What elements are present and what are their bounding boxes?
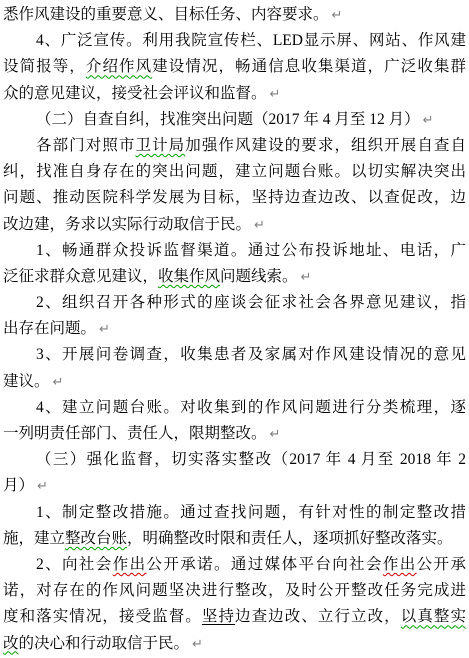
text-run: 2、组织召开各种形式的座谈会征求社会各界意见建议，指 [36, 294, 466, 311]
text-run-green-wavy-underline: 以真整实 [401, 608, 466, 625]
text-run: 度和落实情况，接受监督。 [3, 608, 202, 625]
paragraph-mark-icon: ↵ [329, 8, 343, 23]
text-line: 1、制定整改措施。通过查找问题，有针对性的制定整改措 [3, 500, 466, 526]
text-line: 施，建立整改台账，明确整改时限和责任人，逐项抓好整改落实。↵ [3, 526, 466, 552]
text-run-green-wavy-underline: 卫计局 [135, 137, 185, 154]
text-line: 一列明责任部门、责任人，限期整改。↵ [3, 421, 466, 447]
text-run: 建设情况，畅通信息收集渠道，广泛收集群 [152, 58, 466, 75]
text-run: 公开承 [417, 556, 466, 573]
text-line: 月）↵ [3, 473, 466, 499]
paragraph-mark-icon: ↵ [96, 322, 110, 337]
text-run: 4、广泛宣传。利用我院宣传栏、LED显示屏、网站、作风建 [36, 32, 466, 49]
text-line: 2、组织召开各种形式的座谈会征求社会各界意见建议，指 [3, 290, 466, 316]
text-run: 一列明责任部门、责任人，限期整改。 [3, 425, 267, 442]
text-run-red-wavy-underline: 作出 [383, 556, 417, 573]
text-line: 诺，对存在的作风问题坚决进行整改，及时公开整改任务完成进 [3, 578, 466, 604]
text-line: 问题、推动医院科学发展为目标，坚持边查边改、以查促改，边 [3, 185, 466, 211]
paragraph-mark-icon: ↵ [267, 87, 281, 102]
text-run: 泛征求群众意见建议， [3, 268, 158, 285]
text-line: 众的意见建议，接受社会评议和监督。↵ [3, 81, 466, 107]
text-run: 出存在问题。 [3, 320, 96, 337]
paragraph-mark-icon: ↵ [298, 270, 312, 285]
text-run-red-wavy-underline: 作出 [113, 556, 147, 573]
text-run: 公开承诺。通过媒体平台向社会 [146, 556, 382, 573]
paragraph-mark-icon: ↵ [251, 218, 265, 233]
text-run: 诺，对存在的作风问题坚决进行整改，及时公开整改任务完成进 [3, 582, 466, 599]
text-line: 改的决心和行动取信于民。↵ [3, 631, 466, 657]
text-run: 4、建立问题台账。对收集到的作风问题进行分类梳理，逐 [36, 399, 466, 416]
text-run: 月） [3, 477, 34, 494]
text-run: 2、向社会 [36, 556, 113, 573]
text-run: （三）强化监督，切实落实整改（2017 年 4 月至 2018 年 2 [36, 451, 466, 468]
text-line: 各部门对照市卫计局加强作风建设的要求，组织开展自查自 [3, 133, 466, 159]
text-run: 3、开展问卷调查，收集患者及家属对作风建设情况的意见 [36, 346, 466, 363]
paragraph-mark-icon: ↵ [267, 427, 281, 442]
text-line: 3、开展问卷调查，收集患者及家属对作风建设情况的意见 [3, 342, 466, 368]
paragraph-mark-icon: ↵ [189, 637, 203, 652]
paragraph-mark-icon: ↵ [420, 113, 434, 128]
text-run: 问题线索。 [220, 268, 298, 285]
text-line: 出存在问题。↵ [3, 316, 466, 342]
text-run-green-wavy-underline: 改 [3, 635, 19, 652]
text-line: 悉作风建设的重要意义、目标任务、内容要求。↵ [3, 2, 466, 28]
text-line: （三）强化监督，切实落实整改（2017 年 4 月至 2018 年 2 [3, 447, 466, 473]
text-run: 悉作风建设的重要意义、目标任务、内容要求。 [3, 6, 329, 23]
text-run: 建议。 [3, 373, 50, 390]
text-run: 边查边改、立行立改， [235, 608, 401, 625]
text-run-green-wavy-underline: 收集作风 [158, 268, 220, 285]
text-line: （二）自查自纠，找准突出问题（2017 年 4 月至 12 月）↵ [3, 107, 466, 133]
text-line: 4、建立问题台账。对收集到的作风问题进行分类梳理，逐 [3, 395, 466, 421]
text-run-solid-underline: 坚持 [202, 608, 235, 625]
text-run: 1、畅通群众投诉监督渠道。通过公布投诉地址、电话，广 [36, 242, 466, 259]
text-line: 2、向社会作出公开承诺。通过媒体平台向社会作出公开承 [3, 552, 466, 578]
text-run: 纠，找准自身存在的突出问题，建立问题台账。以切实解决突出 [3, 163, 466, 180]
paragraph-mark-icon: ↵ [50, 375, 64, 390]
text-run: 众的意见建议，接受社会评议和监督。 [3, 85, 267, 102]
text-run: （二）自查自纠，找准突出问题（2017 年 4 月至 12 月） [36, 111, 420, 128]
text-line: 建议。↵ [3, 369, 466, 395]
text-run: ，明确整改时限和责任人，逐项抓好整改落实。 [127, 530, 453, 547]
text-run: 施，建立 [3, 530, 65, 547]
text-line: 设简报等，介绍作风建设情况，畅通信息收集渠道，广泛收集群 [3, 54, 466, 80]
text-line: 泛征求群众意见建议，收集作风问题线索。↵ [3, 264, 466, 290]
text-run: 的决心和行动取信于民。 [19, 635, 190, 652]
text-line: 改边建，务求以实际行动取信于民。↵ [3, 212, 466, 238]
text-run: 各部门对照市 [36, 137, 135, 154]
text-run: 设简报等， [3, 58, 86, 75]
text-line: 4、广泛宣传。利用我院宣传栏、LED显示屏、网站、作风建 [3, 28, 466, 54]
text-run: 1、制定整改措施。通过查找问题，有针对性的制定整改措 [36, 504, 466, 521]
text-run: 改边建，务求以实际行动取信于民。 [3, 216, 251, 233]
text-line: 度和落实情况，接受监督。坚持边查边改、立行立改，以真整实 [3, 604, 466, 630]
text-run-green-wavy-underline: 整改台账 [65, 530, 127, 547]
text-run-green-wavy-underline: 介绍作风 [86, 58, 152, 75]
text-line: 纠，找准自身存在的突出问题，建立问题台账。以切实解决突出 [3, 159, 466, 185]
text-run: 加强作风建设的要求，组织开展自查自 [185, 137, 466, 154]
document-page: 悉作风建设的重要意义、目标任务、内容要求。↵4、广泛宣传。利用我院宣传栏、LED… [0, 0, 469, 658]
paragraph-mark-icon: ↵ [34, 479, 48, 494]
text-run: 问题、推动医院科学发展为目标，坚持边查边改、以查促改，边 [3, 189, 466, 206]
text-line: 1、畅通群众投诉监督渠道。通过公布投诉地址、电话，广 [3, 238, 466, 264]
